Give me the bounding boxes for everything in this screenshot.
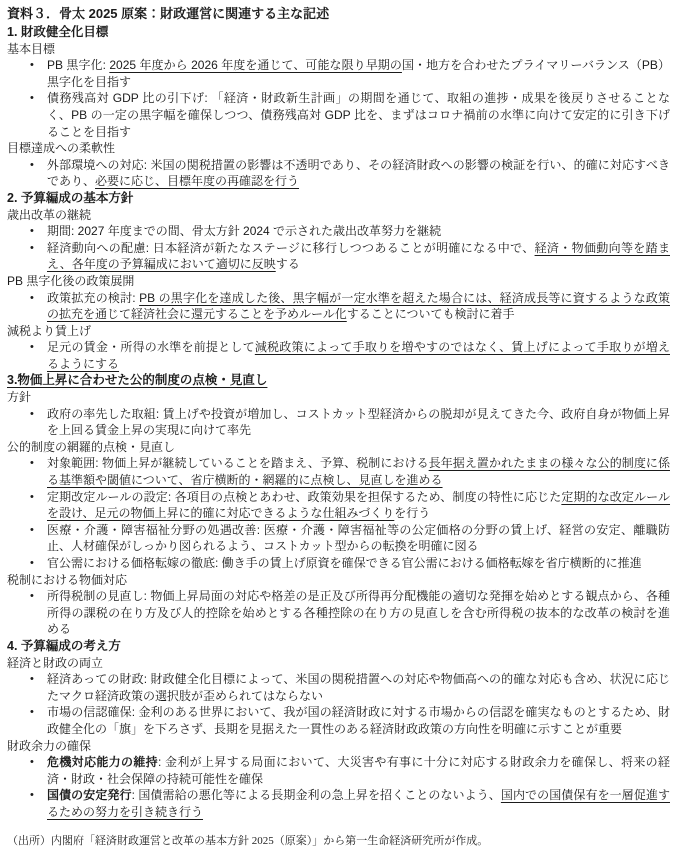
text-run: 足元の賃金・所得の水準を前提として: [47, 340, 255, 354]
text-run: することについても検討に着手: [347, 307, 515, 321]
bullet-item: •官公需における価格転嫁の徹底: 働き手の賃上げ原資を確保できる官公需における価…: [7, 555, 670, 572]
group-label: 経済と財政の両立: [7, 655, 670, 672]
group-label: 税制における物価対応: [7, 572, 670, 589]
document-body: 1. 財政健全化目標基本目標•PB 黒字化: 2025 年度から 2026 年度…: [7, 24, 670, 821]
bullet-item: •外部環境への対応: 米国の関税措置の影響は不透明であり、その経済財政への影響の…: [7, 157, 670, 190]
bullet-list: •外部環境への対応: 米国の関税措置の影響は不透明であり、その経済財政への影響の…: [7, 157, 670, 190]
bullet-icon: •: [30, 406, 34, 423]
text-run: 所得税制の見直し: 物価上昇局面の対応や格差の是正及び所得再分配機能の適切な発揮…: [47, 589, 670, 636]
text-run: 国債の安定発行: [47, 788, 132, 802]
group-label: 公的制度の網羅的点検・見直し: [7, 439, 670, 456]
bullet-item: •市場の信認確保: 金利のある世界において、我が国の経済財政に対する市場からの信…: [7, 704, 670, 737]
bullet-icon: •: [30, 522, 34, 539]
text-run: する: [276, 257, 300, 271]
group-label: 歳出改革の継続: [7, 207, 670, 224]
bullet-icon: •: [30, 339, 34, 356]
text-run: : 国債需給の悪化等による長期金利の急上昇を招くことのないよう、: [132, 788, 501, 802]
bullet-item: •政策拡充の検討: PB の黒字化を達成した後、黒字幅が一定水準を超えた場合には…: [7, 290, 670, 323]
bullet-icon: •: [30, 588, 34, 605]
text-run: 官公需における価格転嫁の徹底: 働き手の賃上げ原資を確保できる官公需における価格…: [47, 556, 642, 570]
bullet-item: •定期改定ルールの設定: 各項目の点検とあわせ、政策効果を担保するため、制度の特…: [7, 489, 670, 522]
bullet-item: •足元の賃金・所得の水準を前提として減税政策によって手取りを増やすのではなく、賃…: [7, 339, 670, 372]
bullet-icon: •: [30, 90, 34, 107]
section-heading: 4. 予算編成の考え方: [7, 638, 670, 655]
text-run: 債務残高対 GDP 比の引下げ: 「経済・財政新生計画」の期間を通じて、取組の進…: [47, 91, 670, 138]
bullet-list: •対象範囲: 物価上昇が継続していることを踏まえ、予算、税制における長年据え置か…: [7, 455, 670, 571]
text-run: 2025 年度から 2026 年度を通じて、可能な限り早期の: [109, 58, 402, 72]
bullet-icon: •: [30, 754, 34, 771]
group-label: PB 黒字化後の政策展開: [7, 273, 670, 290]
bullet-item: •国債の安定発行: 国債需給の悪化等による長期金利の急上昇を招くことのないよう、…: [7, 787, 670, 820]
bullet-item: •政府の率先した取組: 賃上げや投資が増加し、コストカット型経済からの脱却が見え…: [7, 406, 670, 439]
bullet-icon: •: [30, 157, 34, 174]
text-run: 経済あっての財政: 財政健全化目標によって、米国の関税措置への対応や物価高への的…: [47, 672, 670, 703]
text-run: 経済動向への配慮: 日本経済が新たなステージに移行しつつあることが明確になる中で…: [47, 241, 535, 255]
bullet-icon: •: [30, 787, 34, 804]
bullet-list: •PB 黒字化: 2025 年度から 2026 年度を通じて、可能な限り早期の国…: [7, 57, 670, 140]
bullet-icon: •: [30, 555, 34, 572]
document-page: 資料３．骨太 2025 原案：財政運営に関連する主な記述 1. 財政健全化目標基…: [0, 0, 680, 859]
source-note: （出所）内閣府「経済財政運営と改革の基本方針 2025（原案）」から第一生命経済…: [7, 834, 670, 849]
section-heading: 2. 予算編成の基本方針: [7, 190, 670, 207]
bullet-list: •政策拡充の検討: PB の黒字化を達成した後、黒字幅が一定水準を超えた場合には…: [7, 290, 670, 323]
bullet-item: •期間: 2027 年度までの間、骨太方針 2024 で示された歳出改革努力を継…: [7, 223, 670, 240]
bullet-list: •期間: 2027 年度までの間、骨太方針 2024 で示された歳出改革努力を継…: [7, 223, 670, 273]
bullet-icon: •: [30, 671, 34, 688]
text-run: 期間: 2027 年度までの間、骨太方針 2024 で示された歳出改革努力を継続: [47, 224, 441, 238]
bullet-icon: •: [30, 57, 34, 74]
bullet-item: •PB 黒字化: 2025 年度から 2026 年度を通じて、可能な限り早期の国…: [7, 57, 670, 90]
text-run: 定期改定ルールの設定: 各項目の点検とあわせ、政策効果を担保するため、制度の特性…: [47, 490, 561, 504]
text-run: 市場の信認確保: 金利のある世界において、我が国の経済財政に対する市場からの信認…: [47, 705, 670, 736]
bullet-item: •経済動向への配慮: 日本経済が新たなステージに移行しつつあることが明確になる中…: [7, 240, 670, 273]
group-label: 目標達成への柔軟性: [7, 140, 670, 157]
section-heading: 1. 財政健全化目標: [7, 24, 670, 41]
bullet-list: •経済あっての財政: 財政健全化目標によって、米国の関税措置への対応や物価高への…: [7, 671, 670, 737]
section-heading: 3.物価上昇に合わせた公的制度の点検・見直し: [7, 372, 670, 389]
bullet-list: •危機対応能力の維持: 金利が上昇する局面において、大災害や有事に十分に対応する…: [7, 754, 670, 820]
bullet-item: •経済あっての財政: 財政健全化目標によって、米国の関税措置への対応や物価高への…: [7, 671, 670, 704]
text-run: 危機対応能力の維持: [47, 755, 158, 769]
text-run: を行う: [394, 506, 430, 520]
bullet-icon: •: [30, 240, 34, 257]
text-run: PB 黒字化:: [47, 58, 109, 72]
bullet-item: •危機対応能力の維持: 金利が上昇する局面において、大災害や有事に十分に対応する…: [7, 754, 670, 787]
group-label: 財政余力の確保: [7, 738, 670, 755]
group-label: 減税より賃上げ: [7, 323, 670, 340]
bullet-icon: •: [30, 455, 34, 472]
bullet-list: •所得税制の見直し: 物価上昇局面の対応や格差の是正及び所得再分配機能の適切な発…: [7, 588, 670, 638]
page-title: 資料３．骨太 2025 原案：財政運営に関連する主な記述: [7, 4, 670, 24]
group-label: 方針: [7, 389, 670, 406]
bullet-icon: •: [30, 704, 34, 721]
bullet-icon: •: [30, 223, 34, 240]
bullet-list: •足元の賃金・所得の水準を前提として減税政策によって手取りを増やすのではなく、賃…: [7, 339, 670, 372]
group-label: 基本目標: [7, 41, 670, 58]
text-run: 政策拡充の検討:: [47, 291, 139, 305]
text-run: 医療・介護・障害福祉分野の処遇改善: 医療・介護・障害福祉等の公定価格の分野の賃…: [47, 523, 670, 554]
bullet-item: •債務残高対 GDP 比の引下げ: 「経済・財政新生計画」の期間を通じて、取組の…: [7, 90, 670, 140]
bullet-list: •政府の率先した取組: 賃上げや投資が増加し、コストカット型経済からの脱却が見え…: [7, 406, 670, 439]
text-run: 政府の率先した取組: 賃上げや投資が増加し、コストカット型経済からの脱却が見えて…: [47, 407, 670, 438]
bullet-icon: •: [30, 489, 34, 506]
text-run: 対象範囲: 物価上昇が継続していることを踏まえ、予算、税制における: [47, 456, 429, 470]
text-run: 必要に応じ、目標年度の再確認を行う: [95, 174, 299, 188]
bullet-item: •所得税制の見直し: 物価上昇局面の対応や格差の是正及び所得再分配機能の適切な発…: [7, 588, 670, 638]
bullet-item: •対象範囲: 物価上昇が継続していることを踏まえ、予算、税制における長年据え置か…: [7, 455, 670, 488]
bullet-icon: •: [30, 290, 34, 307]
bullet-item: •医療・介護・障害福祉分野の処遇改善: 医療・介護・障害福祉等の公定価格の分野の…: [7, 522, 670, 555]
